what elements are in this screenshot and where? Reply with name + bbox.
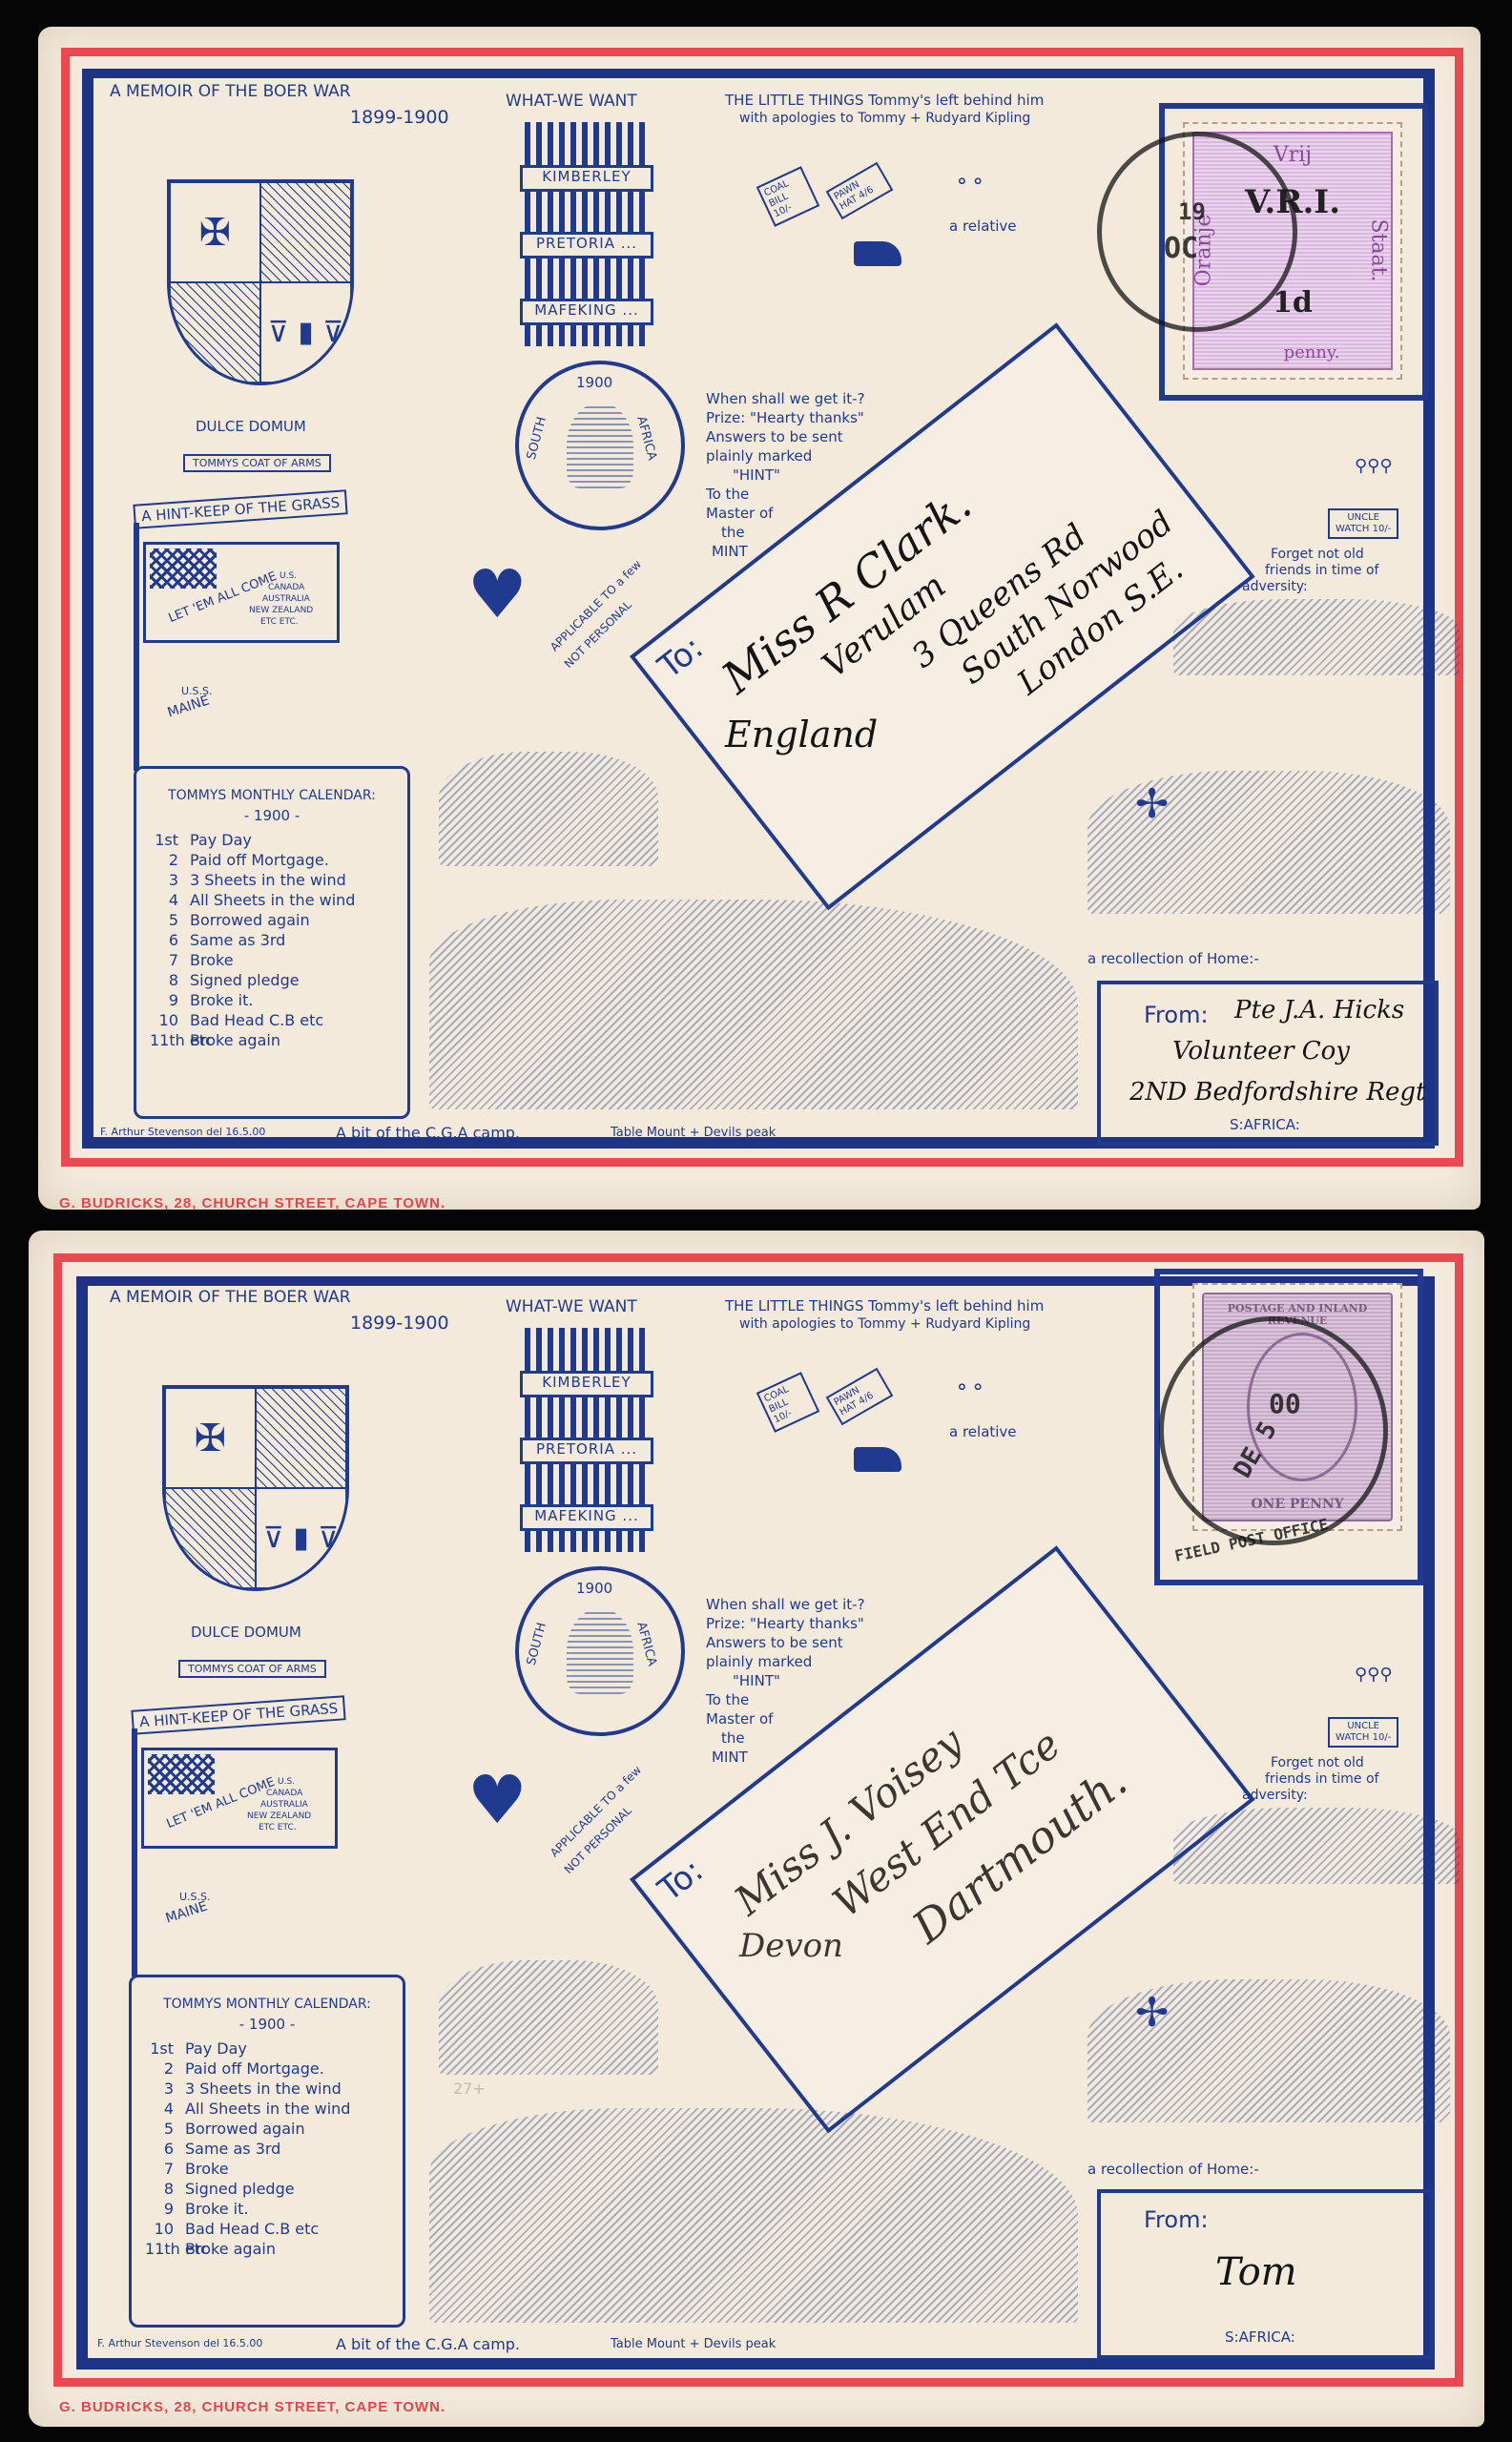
calendar-entry: 6Same as 3rd xyxy=(145,2139,389,2159)
camp-caption: A bit of the C.G.A camp. xyxy=(336,2335,520,2353)
design-title: A MEMOIR OF THE BOER WAR xyxy=(110,82,351,101)
destination-country: England xyxy=(725,714,878,755)
sender-line-1: Pte J.A. Hicks xyxy=(1234,996,1404,1024)
medal-bar-pretoria: PRETORIA ... xyxy=(520,232,653,259)
heart-with-arrow-icon: ♥ xyxy=(467,1767,528,1833)
recollection-heading: a recollection of Home:- xyxy=(1087,2161,1259,2178)
flagpole xyxy=(134,523,139,771)
artist-credit: F. Arthur Stevenson del 16.5.00 xyxy=(100,1126,265,1138)
coat-of-arms-label: TOMMYS COAT OF ARMS xyxy=(178,1660,326,1678)
medal-bar-mafeking: MAFEKING ... xyxy=(520,1504,653,1531)
little-things-heading: THE LITTLE THINGS Tommy's left behind hi… xyxy=(725,1297,1044,1314)
apologies-line: with apologies to Tommy + Rudyard Kiplin… xyxy=(739,1316,1030,1332)
steamship-scene xyxy=(439,752,658,866)
medal-left-text: SOUTH xyxy=(525,415,549,461)
stamp-bottom: penny. xyxy=(1232,342,1391,362)
monthly-calendar: TOMMYS MONTHLY CALENDAR: - 1900 - 1stPay… xyxy=(134,766,410,1119)
union-jack-icon xyxy=(150,548,217,589)
sentry-box-icon xyxy=(260,182,351,282)
relative-label: a relative xyxy=(949,1423,1017,1440)
calendar-entry: 2Paid off Mortgage. xyxy=(150,850,394,870)
calendar-entry: 10Bad Head C.B etc xyxy=(150,1010,394,1030)
calendar-entry: 33 Sheets in the wind xyxy=(150,870,394,890)
calendar-year: - 1900 - xyxy=(150,807,394,824)
relative-label: a relative xyxy=(949,217,1017,235)
union-jack-icon xyxy=(148,1754,215,1794)
mountain-caption: Table Mount + Devils peak xyxy=(611,2337,776,2351)
design-title: A MEMOIR OF THE BOER WAR xyxy=(110,1288,351,1307)
calendar-entry: 33 Sheets in the wind xyxy=(145,2079,389,2099)
envelope-1: A MEMOIR OF THE BOER WAR 1899-1900 ✠ ⊽ ▮… xyxy=(38,27,1481,1210)
flag-country-4: NEW ZEALAND xyxy=(247,1811,311,1821)
union-flag: LET 'EM ALL COME U.S. CANADA AUSTRALIA N… xyxy=(143,542,340,643)
tent-camp-scene xyxy=(1173,599,1460,675)
envelope-2: A MEMOIR OF THE BOER WAR 1899-1900 ✠ ⊽ ▮… xyxy=(29,1231,1484,2427)
medal-right-text: AFRICA xyxy=(633,1621,659,1667)
what-we-want-heading: WHAT-WE WANT xyxy=(506,92,637,111)
sender-line-1: Tom xyxy=(1215,2250,1297,2294)
south-africa-medal: 1900 SOUTH AFRICA xyxy=(515,1566,685,1736)
calendar-entry: 8Signed pledge xyxy=(150,970,394,990)
table-mountain-camp-scene xyxy=(429,2108,1078,2323)
uncle-sign: UNCLEWATCH 10/- xyxy=(1328,508,1398,539)
to-label: To: xyxy=(652,629,711,687)
coat-of-arms-shield: ✠ ⊽ ▮ ⊽ xyxy=(162,1385,349,1591)
calendar-entry: 9Broke it. xyxy=(145,2199,389,2219)
coat-of-arms-motto: DULCE DOMUM xyxy=(191,1624,301,1641)
south-africa-medal: 1900 SOUTH AFRICA xyxy=(515,361,685,530)
pram-icon xyxy=(854,1447,901,1472)
calendar-entry: 7Broke xyxy=(145,2159,389,2179)
calendar-entries: 1stPay Day 2Paid off Mortgage. 33 Sheets… xyxy=(145,2038,389,2259)
to-label: To: xyxy=(652,1852,711,1910)
south-africa-label: S:AFRICA: xyxy=(1230,1116,1300,1133)
flagpole xyxy=(132,1728,137,1976)
mountain-caption: Table Mount + Devils peak xyxy=(611,1126,776,1140)
queen-victoria-portrait-icon xyxy=(567,1608,633,1694)
flag-country-5: ETC ETC. xyxy=(259,1823,297,1832)
calendar-entry: 11th etcBroke again xyxy=(145,2239,389,2259)
design-years: 1899-1900 xyxy=(350,107,449,128)
little-things-heading: THE LITTLE THINGS Tommy's left behind hi… xyxy=(725,92,1044,109)
camp-caption: A bit of the C.G.A camp. xyxy=(336,1124,520,1142)
destination-country: Devon xyxy=(739,1927,843,1965)
calendar-entry: 6Same as 3rd xyxy=(150,930,394,950)
medal-bar-kimberley: KIMBERLEY xyxy=(520,1371,653,1397)
recollection-heading: a recollection of Home:- xyxy=(1087,950,1259,967)
calendar-entry: 10Bad Head C.B etc xyxy=(145,2219,389,2239)
sentry-box-icon xyxy=(256,1388,346,1488)
flag-country-3: AUSTRALIA xyxy=(262,594,310,604)
calendar-entry: 9Broke it. xyxy=(150,990,394,1010)
postmark-month: OC xyxy=(1164,232,1198,265)
stamp-right: Staat. xyxy=(1367,219,1391,282)
tent-camp-scene xyxy=(1173,1808,1460,1884)
medal-bar-pretoria: PRETORIA ... xyxy=(520,1438,653,1464)
printer-imprint: G. BUDRICKS, 28, CHURCH STREET, CAPE TOW… xyxy=(59,1195,445,1211)
from-label: From: xyxy=(1144,1002,1209,1028)
table-mountain-camp-scene xyxy=(429,900,1078,1109)
calendar-entry: 2Paid off Mortgage. xyxy=(145,2059,389,2079)
calendar-entry: 4All Sheets in the wind xyxy=(150,890,394,910)
sender-line-2: Volunteer Coy xyxy=(1172,1037,1350,1066)
calendar-entry: 5Borrowed again xyxy=(150,910,394,930)
medal-year: 1900 xyxy=(576,1580,612,1597)
flag-country-1: U.S. xyxy=(280,571,297,581)
pawnbroker-balls-icon: ⚬⚬ xyxy=(954,170,986,193)
what-we-want-heading: WHAT-WE WANT xyxy=(506,1297,637,1316)
calendar-entry: 4All Sheets in the wind xyxy=(145,2099,389,2119)
flag-country-2: CANADA xyxy=(266,1789,302,1798)
coat-of-arms-label: TOMMYS COAT OF ARMS xyxy=(183,454,331,472)
coat-of-arms-motto: DULCE DOMUM xyxy=(196,418,306,435)
steamship-scene xyxy=(439,1960,658,2075)
postmark-year: 00 xyxy=(1269,1388,1301,1419)
apologies-line: with apologies to Tommy + Rudyard Kiplin… xyxy=(739,111,1030,126)
south-africa-label: S:AFRICA: xyxy=(1225,2328,1295,2346)
calendar-entry: 1stPay Day xyxy=(145,2038,389,2059)
calendar-title: TOMMYS MONTHLY CALENDAR: xyxy=(145,1997,389,2012)
sender-line-3: 2ND Bedfordshire Regt xyxy=(1129,1078,1425,1107)
calendar-entry: 7Broke xyxy=(150,950,394,970)
flag-country-2: CANADA xyxy=(268,583,304,592)
forget-not-text: Forget not old friends in time of advers… xyxy=(1242,1755,1378,1804)
medal-left-text: SOUTH xyxy=(525,1621,549,1666)
flag-country-4: NEW ZEALAND xyxy=(249,606,313,615)
windmill-icon: ✢ xyxy=(1135,780,1169,827)
union-flag: LET 'EM ALL COME U.S. CANADA AUSTRALIA N… xyxy=(141,1748,338,1849)
heart-with-arrow-icon: ♥ xyxy=(467,561,528,628)
flag-country-1: U.S. xyxy=(278,1777,295,1787)
calendar-entry: 1stPay Day xyxy=(150,830,394,850)
artist-credit: F. Arthur Stevenson del 16.5.00 xyxy=(97,2337,262,2349)
windmill-icon: ✢ xyxy=(1135,1989,1169,2036)
postmark-date: 19 xyxy=(1178,198,1206,225)
uncle-sign: UNCLEWATCH 10/- xyxy=(1328,1717,1398,1748)
pram-icon xyxy=(854,241,901,266)
calendar-entry: 5Borrowed again xyxy=(145,2119,389,2139)
medal-bar-kimberley: KIMBERLEY xyxy=(520,165,653,192)
calendar-entry: 8Signed pledge xyxy=(145,2179,389,2199)
design-years: 1899-1900 xyxy=(350,1313,449,1334)
flag-country-5: ETC ETC. xyxy=(260,617,299,627)
sender-box: From: Tom S:AFRICA: xyxy=(1097,2189,1434,2359)
pawnbroker-balls-icon: ⚬⚬ xyxy=(954,1376,986,1398)
medal-year: 1900 xyxy=(576,374,612,391)
calendar-year: - 1900 - xyxy=(145,2016,389,2033)
maltese-cross-icon: ✠ xyxy=(165,1388,256,1488)
calendar-entry: 11th etcBroke again xyxy=(150,1030,394,1050)
printer-imprint: G. BUDRICKS, 28, CHURCH STREET, CAPE TOW… xyxy=(59,2399,445,2415)
uncle-pawnbroker-sign-icon: ⚲⚲⚲ xyxy=(1355,1665,1393,1685)
calendar-title: TOMMYS MONTHLY CALENDAR: xyxy=(150,788,394,803)
monthly-calendar: TOMMYS MONTHLY CALENDAR: - 1900 - 1stPay… xyxy=(129,1975,405,2328)
medal-right-text: AFRICA xyxy=(633,415,659,462)
calendar-entries: 1stPay Day 2Paid off Mortgage. 33 Sheets… xyxy=(150,830,394,1050)
pencil-note: 27+ xyxy=(453,2080,486,2098)
queen-victoria-portrait-icon xyxy=(567,403,633,488)
from-label: From: xyxy=(1144,2206,1209,2233)
flag-country-3: AUSTRALIA xyxy=(260,1800,308,1810)
maltese-cross-icon: ✠ xyxy=(170,182,260,282)
forget-not-text: Forget not old friends in time of advers… xyxy=(1242,547,1378,595)
coat-of-arms-shield: ✠ ⊽ ▮ ⊽ xyxy=(167,179,354,385)
sender-box: From: Pte J.A. Hicks Volunteer Coy 2ND B… xyxy=(1097,981,1439,1146)
medal-bar-mafeking: MAFEKING ... xyxy=(520,299,653,325)
uncle-pawnbroker-sign-icon: ⚲⚲⚲ xyxy=(1355,456,1393,476)
